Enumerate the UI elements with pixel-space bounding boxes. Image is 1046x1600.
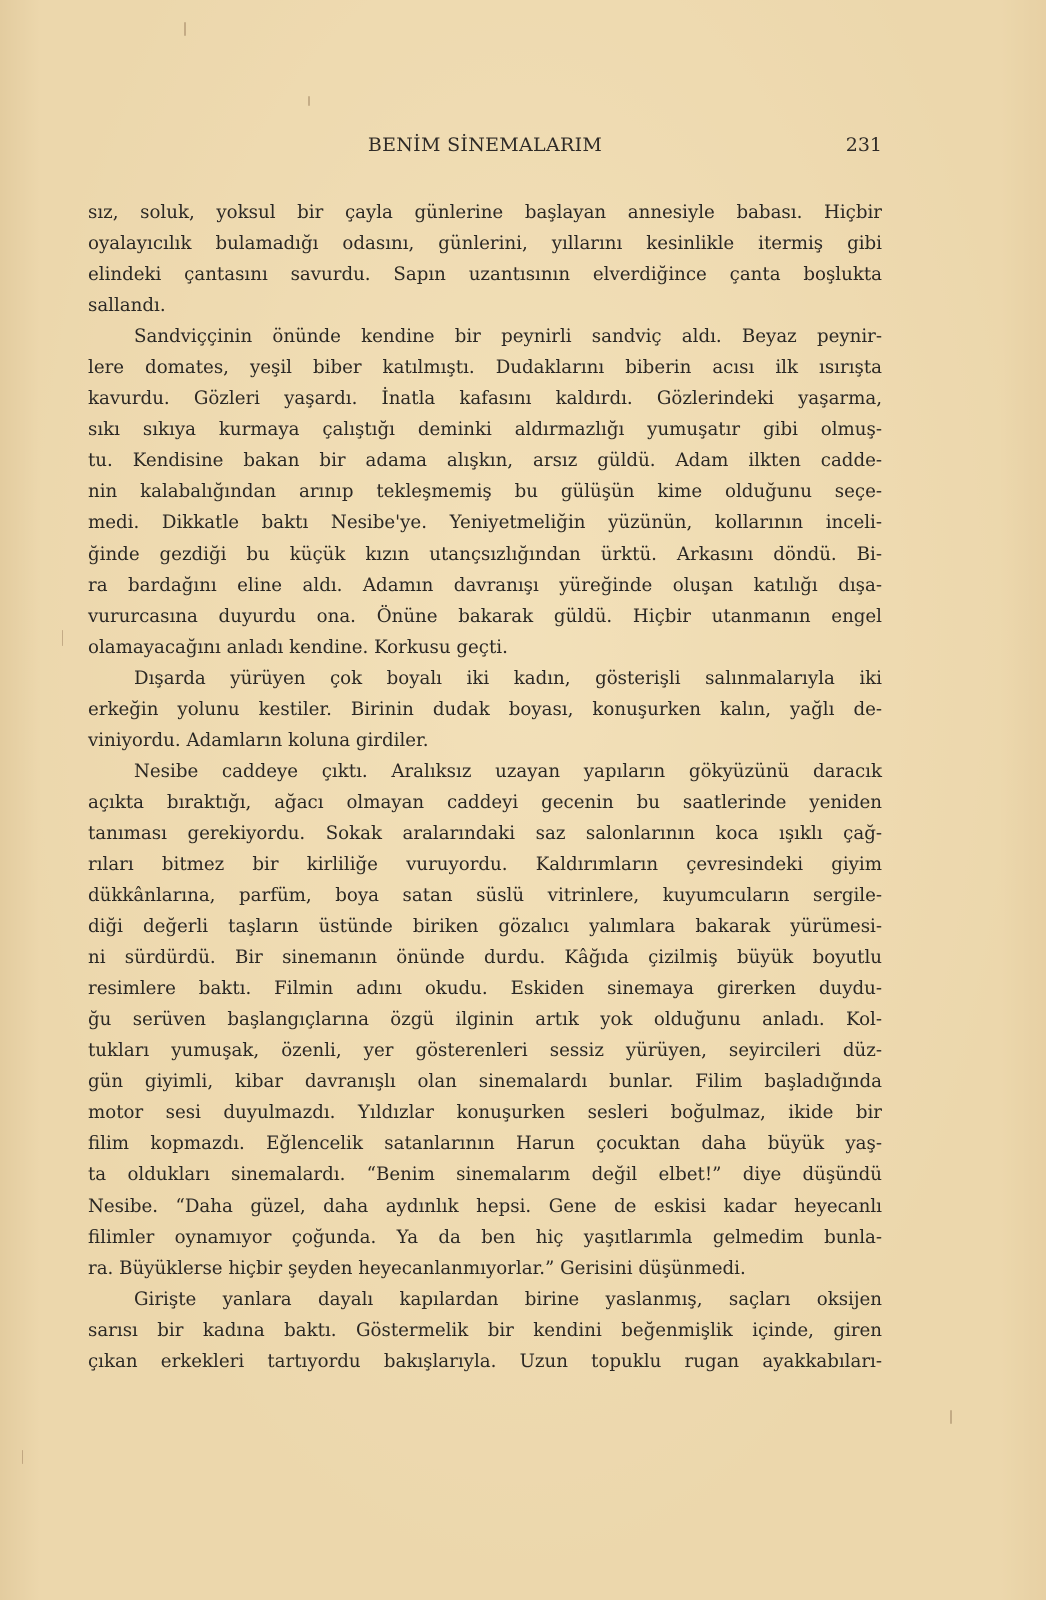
text-line: ta oldukları sinemalardı. “Benim sinemal… [88, 1159, 882, 1190]
text-line: filim kopmazdı. Eğlencelik satanlarının … [88, 1128, 882, 1159]
text-line: diği değerli taşların üstünde biriken gö… [88, 911, 882, 942]
text-line: ğu serüven başlangıçlarına özgü ilginin … [88, 1004, 882, 1035]
text-line: olamayacağını anladı kendine. Korkusu ge… [88, 632, 882, 663]
paragraph-start-line: Sandviççinin önünde kendine bir peynirli… [88, 321, 882, 352]
paper-speck [22, 1450, 23, 1464]
book-page: BENİM SİNEMALARIM 231 sız, soluk, yoksul… [0, 0, 1046, 1600]
text-line: Nesibe. “Daha güzel, daha aydınlık hepsi… [88, 1191, 882, 1222]
text-line: kavurdu. Gözleri yaşardı. İnatla kafasın… [88, 383, 882, 414]
text-line: çıkan erkekleri tartıyordu bakışlarıyla.… [88, 1346, 882, 1377]
text-line: filimler oynamıyor çoğunda. Ya da ben hi… [88, 1222, 882, 1253]
text-line: rıları bitmez bir kirliliğe vuruyordu. K… [88, 849, 882, 880]
text-line: elindeki çantasını savurdu. Sapın uzantı… [88, 259, 882, 290]
text-line: erkeğin yolunu kestiler. Birinin dudak b… [88, 694, 882, 725]
running-header: BENİM SİNEMALARIM 231 [88, 134, 882, 162]
text-line: ğinde gezdiği bu küçük kızın utançsızlığ… [88, 539, 882, 570]
text-line: motor sesi duyulmazdı. Yıldızlar konuşur… [88, 1097, 882, 1128]
text-line: ra bardağını eline aldı. Adamın davranış… [88, 570, 882, 601]
page-number: 231 [846, 134, 882, 156]
text-line: lere domates, yeşil biber katılmıştı. Du… [88, 352, 882, 383]
text-line: sız, soluk, yoksul bir çayla günlerine b… [88, 197, 882, 228]
paragraph-start-line: Girişte yanlara dayalı kapılardan birine… [88, 1284, 882, 1315]
paragraph-start-line: Dışarda yürüyen çok boyalı iki kadın, gö… [88, 663, 882, 694]
text-line: sallandı. [88, 290, 882, 321]
text-line: tanıması gerekiyordu. Sokak aralarındaki… [88, 818, 882, 849]
text-line: dükkânlarına, parfüm, boya satan süslü v… [88, 880, 882, 911]
body-text: sız, soluk, yoksul bir çayla günlerine b… [88, 197, 882, 1377]
text-line: tu. Kendisine bakan bir adama alışkın, a… [88, 445, 882, 476]
text-line: açıkta bıraktığı, ağacı olmayan caddeyi … [88, 787, 882, 818]
paper-speck [308, 96, 310, 106]
paper-speck [184, 22, 186, 36]
text-line: ni sürdürdü. Bir sinemanın önünde durdu.… [88, 942, 882, 973]
text-line: medi. Dikkatle baktı Nesibe'ye. Yeniyetm… [88, 507, 882, 538]
paragraph-start-line: Nesibe caddeye çıktı. Aralıksız uzayan y… [88, 756, 882, 787]
text-line: vururcasına duyurdu ona. Önüne bakarak g… [88, 601, 882, 632]
text-line: tukları yumuşak, özenli, yer gösterenler… [88, 1035, 882, 1066]
text-line: ra. Büyüklerse hiçbir şeyden heyecanlanm… [88, 1253, 882, 1284]
paper-speck [62, 630, 63, 646]
text-line: gün giyimli, kibar davranışlı olan sinem… [88, 1066, 882, 1097]
text-line: resimlere baktı. Filmin adını okudu. Esk… [88, 973, 882, 1004]
text-line: oyalayıcılık bulamadığı odasını, günleri… [88, 228, 882, 259]
text-line: viniyordu. Adamların koluna girdiler. [88, 725, 882, 756]
paper-speck [950, 1410, 952, 1424]
running-title: BENİM SİNEMALARIM [88, 134, 882, 156]
text-line: sıkı sıkıya kurmaya çalıştığı deminki al… [88, 414, 882, 445]
text-line: nin kalabalığından arınıp tekleşmemiş bu… [88, 476, 882, 507]
text-line: sarısı bir kadına baktı. Göstermelik bir… [88, 1315, 882, 1346]
